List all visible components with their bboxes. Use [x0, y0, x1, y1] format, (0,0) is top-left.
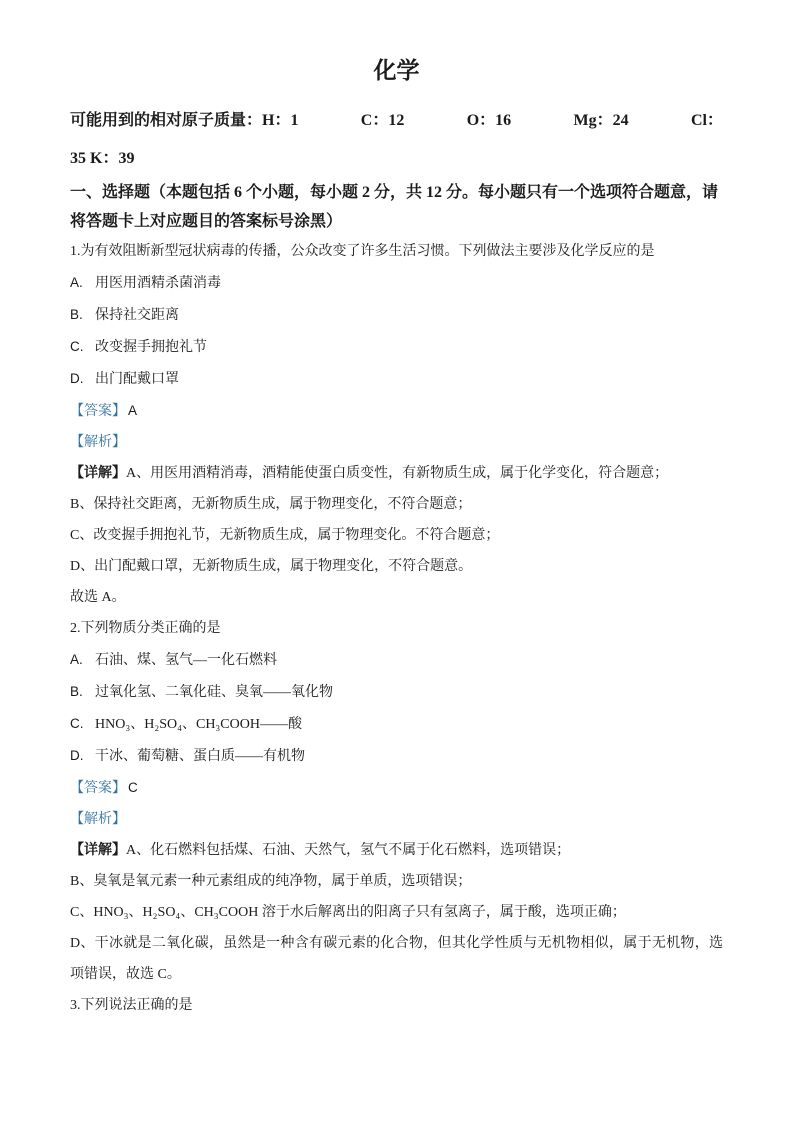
option-label: C. [70, 331, 95, 362]
detail-row: D、干冰就是二氧化碳，虽然是一种含有碳元素的化合物，但其化学性质与无机物相似，属… [70, 928, 723, 990]
question-stem-row: 3.下列说法正确的是 [70, 990, 723, 1021]
option-row: D.干冰、葡萄糖、蛋白质——有机物 [70, 740, 723, 772]
atomic-mass-col: O：16 [467, 102, 511, 140]
option-label: A. [70, 644, 95, 675]
option-label: D. [70, 363, 95, 394]
detail-text: A、化石燃料包括煤、石油、天然气，氢气不属于化石燃料，选项错误； [126, 843, 570, 858]
detail-row: B、臭氧是氧元素一种元素组成的纯净物，属于单质，选项错误； [70, 866, 723, 897]
atomic-mass-line1: 可能用到的相对原子质量：H：1 C：12 O：16 Mg：24 Cl： [70, 102, 723, 140]
detail-row: D、出门配戴口罩，无新物质生成，属于物理变化，不符合题意。 [70, 551, 723, 582]
option-label: B. [70, 299, 95, 330]
answer-row: 【答案】A [70, 395, 723, 427]
question-stem: 为有效阻断新型冠状病毒的传播，公众改变了许多生活习惯。下列做法主要涉及化学反应的… [81, 244, 655, 259]
atomic-mass-col: Mg：24 [574, 102, 629, 140]
detail-row: 【详解】A、用医用酒精消毒，酒精能使蛋白质变性，有新物质生成，属于化学变化，符合… [70, 458, 723, 489]
question-stem-row: 2.下列物质分类正确的是 [70, 613, 723, 644]
atomic-mass-line2: 35 K：39 [70, 140, 723, 178]
option-label: D. [70, 740, 95, 771]
option-row: A.石油、煤、氢气—一化石燃料 [70, 644, 723, 676]
option-text: 过氧化氢、二氧化硅、臭氧——氧化物 [95, 685, 333, 700]
detail-row: C、改变握手拥抱礼节，无新物质生成，属于物理变化。不符合题意； [70, 520, 723, 551]
option-label: C. [70, 708, 95, 739]
detail-row: C、HNO₃、H₂SO₄、CH₃COOH 溶于水后解离出的阳离子只有氢离子，属于… [70, 897, 723, 928]
answer-label: 【答案】 [70, 404, 126, 419]
option-text: 用医用酒精杀菌消毒 [95, 276, 221, 291]
option-row: C.HNO₃、H₂SO₄、CH₃COOH——酸 [70, 708, 723, 740]
answer-row: 【答案】C [70, 772, 723, 804]
atomic-mass-col: Cl： [691, 102, 723, 140]
detail-row: B、保持社交距离，无新物质生成，属于物理变化，不符合题意； [70, 489, 723, 520]
question-number: 1. [70, 244, 81, 259]
analysis-label: 【解析】 [70, 427, 723, 458]
section-header-line2: 将答题卡上对应题目的答案标号涂黑） [70, 207, 723, 236]
option-row: A.用医用酒精杀菌消毒 [70, 267, 723, 299]
option-text: 出门配戴口罩 [95, 372, 179, 387]
option-label: B. [70, 676, 95, 707]
option-label: A. [70, 267, 95, 298]
option-row: B.过氧化氢、二氧化硅、臭氧——氧化物 [70, 676, 723, 708]
analysis-label: 【解析】 [70, 804, 723, 835]
atomic-mass-lead: 可能用到的相对原子质量：H：1 [70, 102, 298, 140]
question-number: 2. [70, 621, 81, 636]
option-text: 干冰、葡萄糖、蛋白质——有机物 [95, 749, 305, 764]
atomic-mass-col: C：12 [361, 102, 405, 140]
conclusion-row: 故选 A。 [70, 582, 723, 613]
answer-value: A [126, 403, 137, 418]
detail-label: 【详解】 [70, 466, 126, 481]
option-text: 改变握手拥抱礼节 [95, 340, 207, 355]
question-stem-row: 1.为有效阻断新型冠状病毒的传播，公众改变了许多生活习惯。下列做法主要涉及化学反… [70, 236, 723, 267]
option-row: D.出门配戴口罩 [70, 363, 723, 395]
option-text: 保持社交距离 [95, 308, 179, 323]
option-text: HNO₃、H₂SO₄、CH₃COOH——酸 [95, 717, 302, 732]
option-text: 石油、煤、氢气—一化石燃料 [95, 653, 277, 668]
question-number: 3. [70, 998, 81, 1013]
option-row: C.改变握手拥抱礼节 [70, 331, 723, 363]
option-row: B.保持社交距离 [70, 299, 723, 331]
detail-row: 【详解】A、化石燃料包括煤、石油、天然气，氢气不属于化石燃料，选项错误； [70, 835, 723, 866]
detail-text: A、用医用酒精消毒，酒精能使蛋白质变性，有新物质生成，属于化学变化，符合题意； [126, 466, 668, 481]
question-stem: 下列物质分类正确的是 [81, 621, 221, 636]
section-header-line1: 一、选择题（本题包括 6 个小题，每小题 2 分，共 12 分。每小题只有一个选… [70, 178, 723, 207]
detail-label: 【详解】 [70, 843, 126, 858]
exam-document-page: 化学 可能用到的相对原子质量：H：1 C：12 O：16 Mg：24 Cl： 3… [0, 0, 793, 1122]
answer-label: 【答案】 [70, 781, 126, 796]
answer-value: C [126, 780, 138, 795]
question-stem: 下列说法正确的是 [81, 998, 193, 1013]
page-title: 化学 [70, 54, 723, 88]
